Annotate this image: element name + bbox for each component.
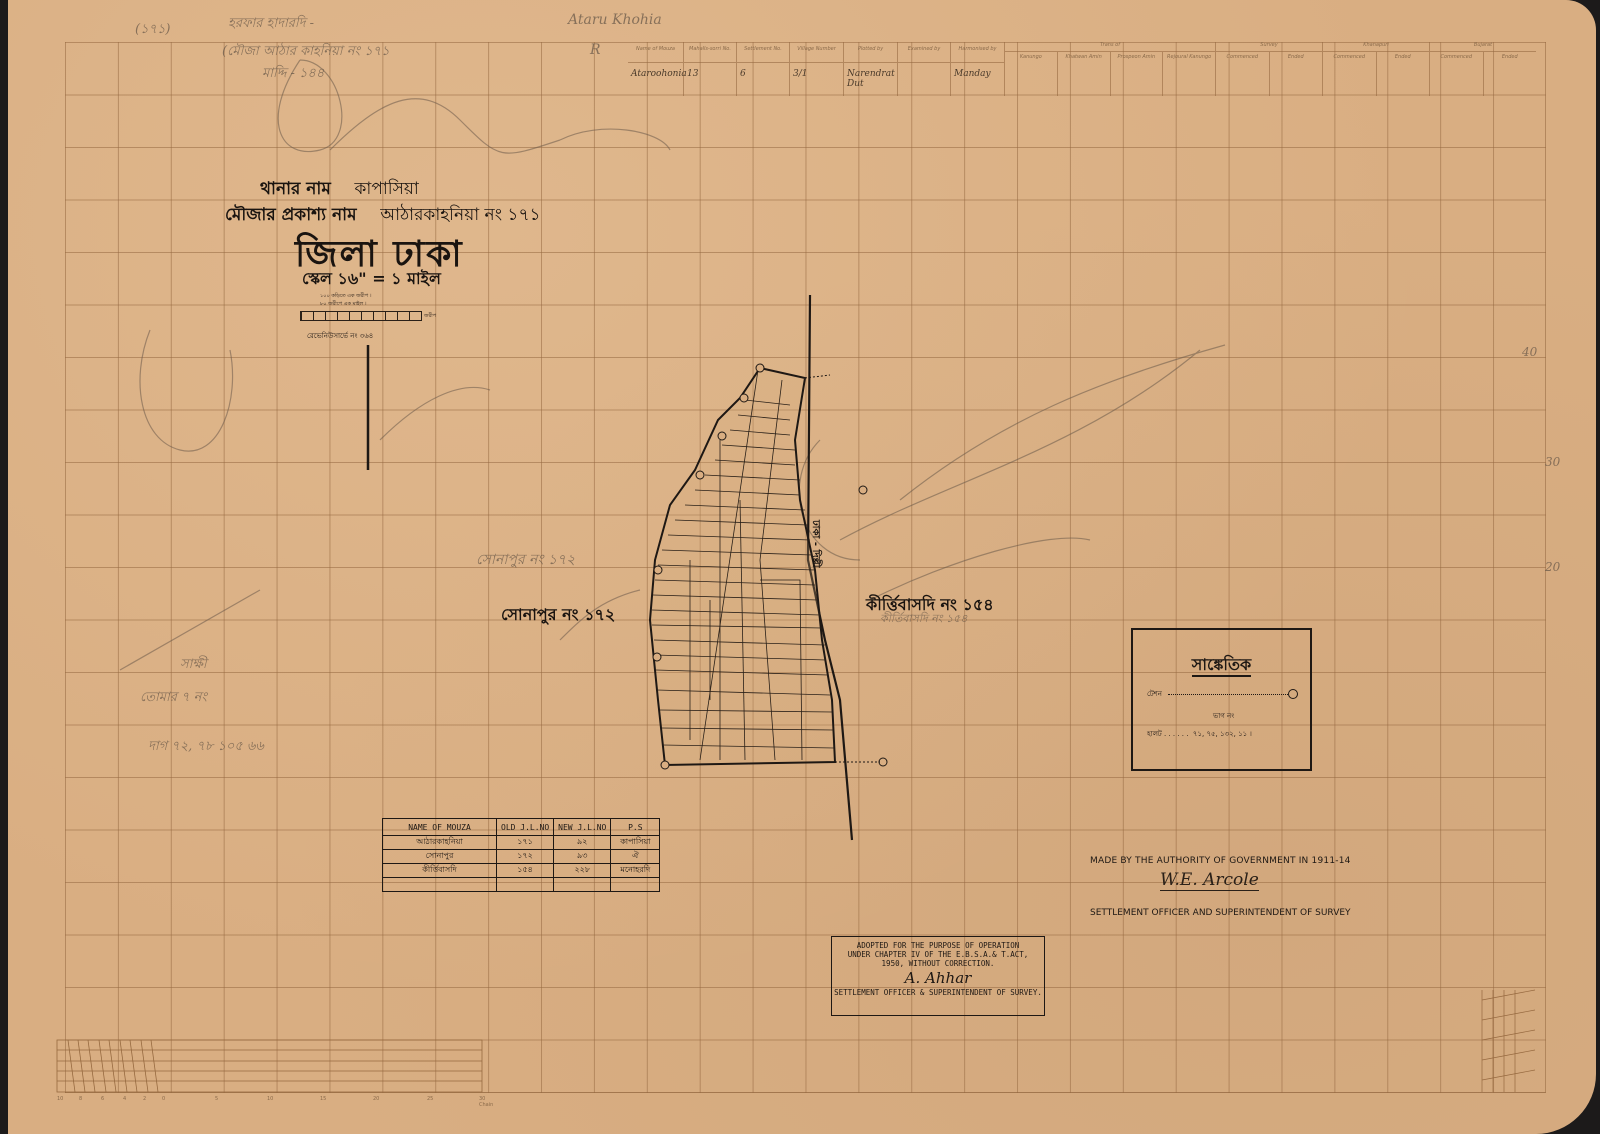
chain-tick: 8 — [79, 1096, 82, 1102]
legend-box: সাঙ্কেতিক টেশন ভাগ নং হালট . . . . . . ৭… — [1131, 628, 1312, 771]
table-cell: কীর্ত্তিবাসদি — [383, 864, 497, 878]
chain-tick: 30 Chain — [479, 1096, 493, 1108]
legend-station-label: টেশন — [1147, 690, 1162, 698]
chain-tick: 5 — [215, 1096, 218, 1102]
pencil-note: (মৌজা আঠার কাহনিয়া নং ১৭১ — [222, 42, 390, 63]
diagonal-scale-right — [1482, 990, 1535, 1092]
pencil-note: R — [590, 42, 601, 58]
chain-tick: 15 — [320, 1096, 326, 1102]
pencil-note: 40 — [1522, 345, 1537, 359]
neighbor-west-label: সোনাপুর নং ১৭২ — [501, 602, 615, 629]
jl-number-table: NAME OF MOUZA OLD J.L.NO NEW J.L.NO P.S … — [382, 818, 660, 892]
legend-halt-values: ৭১, ৭৫, ১৩২, ১১ । — [1193, 730, 1252, 738]
legend-title: সাঙ্কেতিক — [1133, 652, 1310, 679]
table-cell — [554, 878, 611, 892]
stamp-line: ADOPTED FOR THE PURPOSE OF OPERATION — [832, 941, 1044, 950]
chain-scale: 10 8 6 4 2 0 5 10 15 20 25 30 Chain — [57, 1040, 482, 1092]
table-cell: ১৭১ — [497, 836, 554, 850]
officer-signature: W.E. Arcole — [1160, 870, 1259, 891]
pencil-note: হরফার হাদারদি - — [228, 14, 314, 35]
pencil-note: (১৭১) — [135, 20, 170, 41]
chain-tick: 2 — [143, 1096, 146, 1102]
pencil-note: Ataru Khohia — [568, 12, 662, 28]
station-circle-icon — [1288, 689, 1298, 699]
table-cell: ১৭২ — [497, 850, 554, 864]
table-cell — [611, 878, 660, 892]
pencil-note: দাগ ৭২, ৭৮ ১০৫ ৬৬ — [148, 737, 264, 758]
table-cell: আঠারকাহনিয়া — [383, 836, 497, 850]
chain-tick: 20 — [373, 1096, 379, 1102]
pencil-note: সাক্ষী — [180, 655, 207, 676]
legend-dotted-line — [1168, 694, 1288, 695]
pencil-note: মাদ্দি - ১৪৪ — [262, 64, 324, 85]
table-cell: সোনাপুর — [383, 850, 497, 864]
table-cell: ২২৮ — [554, 864, 611, 878]
table-cell — [383, 878, 497, 892]
table-header: NEW J.L.NO — [554, 819, 611, 836]
cadastral-plot-map — [0, 0, 1600, 1134]
authority-statement: MADE BY THE AUTHORITY OF GOVERNMENT IN 1… — [1090, 856, 1351, 866]
pencil-note: সোনাপুর নং ১৭২ — [476, 548, 575, 572]
adopted-stamp: ADOPTED FOR THE PURPOSE OF OPERATION UND… — [831, 936, 1045, 1016]
table-row — [383, 878, 660, 892]
legend-title-text: সাঙ্কেতিক — [1192, 655, 1251, 677]
table-cell: মনোহরদি — [611, 864, 660, 878]
table-row: কীর্ত্তিবাসদি ১৫৪ ২২৮ মনোহরদি — [383, 864, 660, 878]
table-cell — [497, 878, 554, 892]
table-header: NAME OF MOUZA — [383, 819, 497, 836]
pencil-note: কীর্তিবাসদি নং ১৫৪ — [880, 610, 967, 629]
table-cell: ঐ — [611, 850, 660, 864]
legend-sheet-no: ভাগ নং — [1213, 710, 1234, 722]
legend-station-row: টেশন — [1147, 688, 1298, 700]
road-label: ঢাকা - দিল্লী — [806, 520, 823, 568]
pencil-note: 20 — [1545, 560, 1560, 574]
table-row: আঠারকাহনিয়া ১৭১ ৯২ কাপাসিয়া — [383, 836, 660, 850]
chain-tick: 0 — [162, 1096, 165, 1102]
pencil-note: 30 — [1545, 455, 1560, 469]
chain-tick: 4 — [123, 1096, 126, 1102]
table-row: সোনাপুর ১৭২ ৯৩ ঐ — [383, 850, 660, 864]
stamp-signature: A. Ahhar — [832, 968, 1044, 988]
pencil-note: তোমার ৭ নং — [140, 688, 207, 709]
chain-tick: 25 — [427, 1096, 433, 1102]
chain-tick: 10 — [267, 1096, 273, 1102]
stamp-officer-title: SETTLEMENT OFFICER & SUPERINTENDENT OF S… — [832, 988, 1044, 997]
stamp-line: 1950, WITHOUT CORRECTION. — [832, 959, 1044, 968]
table-cell: কাপাসিয়া — [611, 836, 660, 850]
table-cell: ৯২ — [554, 836, 611, 850]
chain-tick: 10 — [57, 1096, 63, 1102]
officer-title: SETTLEMENT OFFICER AND SUPERINTENDENT OF… — [1090, 908, 1351, 918]
table-header: P.S — [611, 819, 660, 836]
legend-halt-label: হালট — [1147, 730, 1162, 738]
legend-halt-row: হালট . . . . . . ৭১, ৭৫, ১৩২, ১১ । — [1147, 728, 1252, 740]
table-cell: ১৫৪ — [497, 864, 554, 878]
table-cell: ৯৩ — [554, 850, 611, 864]
table-header: OLD J.L.NO — [497, 819, 554, 836]
chain-tick: 6 — [101, 1096, 104, 1102]
stamp-line: UNDER CHAPTER IV OF THE E.B.S.A.& T.ACT, — [832, 950, 1044, 959]
table-header-row: NAME OF MOUZA OLD J.L.NO NEW J.L.NO P.S — [383, 819, 660, 836]
